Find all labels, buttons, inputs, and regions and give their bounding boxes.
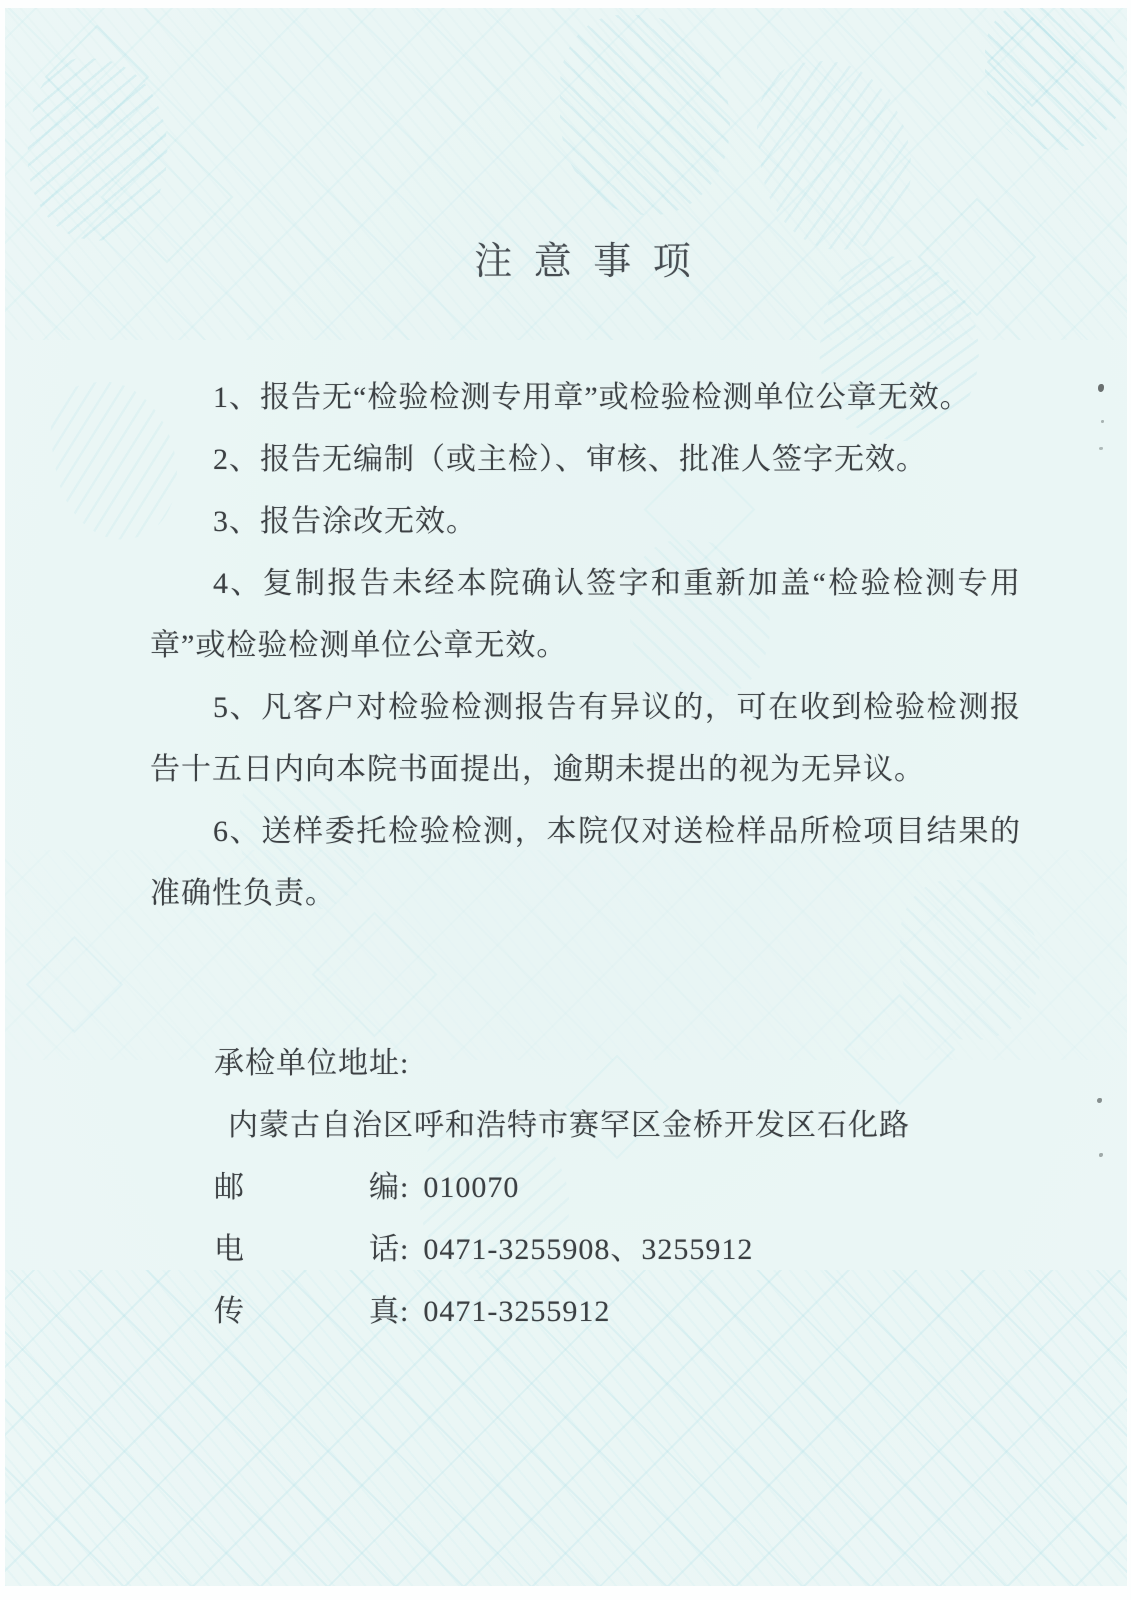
page-title: 注 意 事 项 <box>150 230 1021 285</box>
contact-value-zipcode: 010070 <box>423 1171 519 1204</box>
note-item-1: 1、报告无“检验检测专用章”或检验检测单位公章无效。 <box>150 367 1021 429</box>
contact-label-address: 承检单位地址: <box>214 1047 409 1080</box>
note-item-5: 5、凡客户对检验检测报告有异议的，可在收到检验检测报告十五日内向本院书面提出，逾… <box>150 677 1021 801</box>
contact-value-phone: 0471-3255908、3255912 <box>423 1233 753 1266</box>
note-item-6: 6、送样委托检验检测，本院仅对送检样品所检项目结果的准确性负责。 <box>150 801 1021 925</box>
contact-block: 承检单位地址:内蒙古自治区呼和浩特市赛罕区金桥开发区石化路 邮 编:010070… <box>214 1033 1021 1343</box>
contact-row-zipcode: 邮 编:010070 <box>214 1157 1021 1219</box>
contact-value-address: 内蒙古自治区呼和浩特市赛罕区金桥开发区石化路 <box>228 1109 910 1142</box>
document-page: 注 意 事 项 1、报告无“检验检测专用章”或检验检测单位公章无效。 2、报告无… <box>0 0 1131 1600</box>
note-item-2: 2、报告无编制（或主检）、审核、批准人签字无效。 <box>150 429 1021 491</box>
contact-label-fax: 传 真: <box>214 1295 409 1328</box>
contact-label-zipcode: 邮 编: <box>214 1171 409 1204</box>
contact-row-fax: 传 真:0471-3255912 <box>214 1281 1021 1343</box>
contact-value-fax: 0471-3255912 <box>423 1295 610 1328</box>
contact-row-phone: 电 话:0471-3255908、3255912 <box>214 1219 1021 1281</box>
notes-list: 1、报告无“检验检测专用章”或检验检测单位公章无效。 2、报告无编制（或主检）、… <box>150 367 1021 925</box>
note-item-4: 4、复制报告未经本院确认签字和重新加盖“检验检测专用章”或检验检测单位公章无效。 <box>150 553 1021 677</box>
contact-label-phone: 电 话: <box>214 1233 409 1266</box>
contact-row-address: 承检单位地址:内蒙古自治区呼和浩特市赛罕区金桥开发区石化路 <box>214 1033 1021 1157</box>
note-item-3: 3、报告涂改无效。 <box>150 491 1021 553</box>
